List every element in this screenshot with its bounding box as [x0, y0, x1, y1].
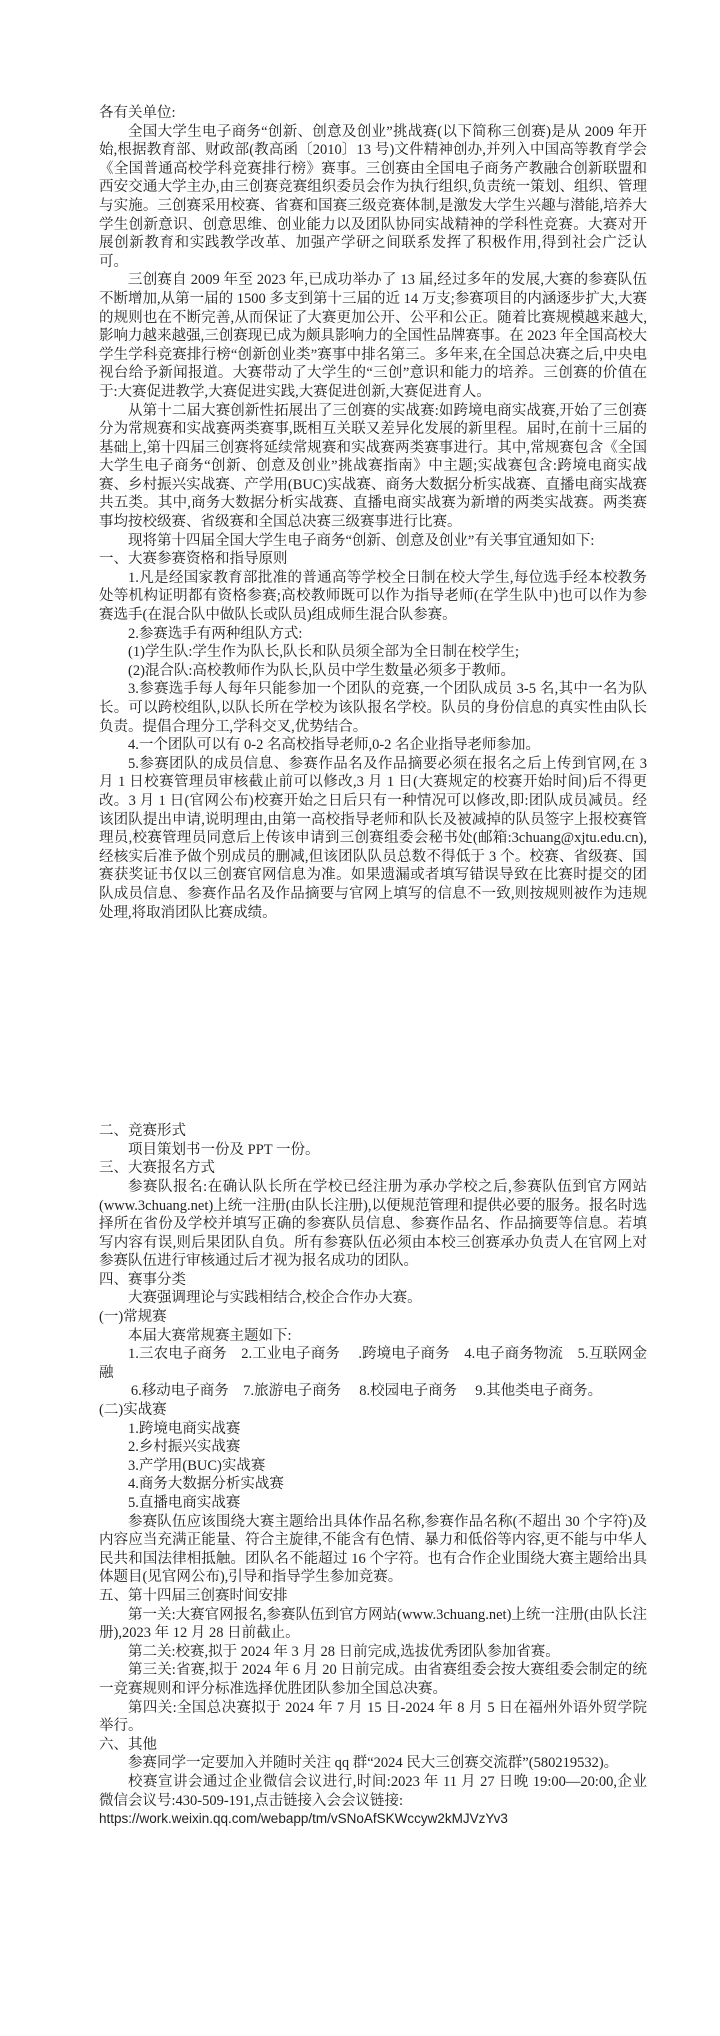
paragraph: 本届大赛常规赛主题如下: — [99, 1327, 647, 1346]
section-heading: 一、大赛参赛资格和指导原则 — [99, 550, 647, 569]
theme-list-line: 1.三农电子商务 2.工业电子商务 .跨境电子商务 4.电子商务物流 5.互联网… — [99, 1345, 647, 1382]
paragraph: 5.参赛团队的成员信息、参赛作品名及作品摘要必须在报名之后上传到官网,在 3 月… — [99, 755, 647, 922]
paragraph: 第二关:校赛,拟于 2024 年 3 月 28 日前完成,选拔优秀团队参加省赛。 — [99, 1643, 647, 1662]
paragraph: 3.参赛选手每人每年只能参加一个团队的竞赛,一个团队成员 3-5 名,其中一名为… — [99, 680, 647, 736]
paragraph: 三创赛自 2009 年至 2023 年,已成功举办了 13 届,经过多年的发展,… — [99, 271, 647, 401]
paragraph: 校赛宣讲会通过企业微信会议进行,时间:2023 年 11 月 27 日晚 19:… — [99, 1773, 647, 1810]
paragraph: 4.商务大数据分析实战赛 — [99, 1475, 647, 1494]
section-heading: (二)实战赛 — [99, 1401, 647, 1420]
paragraph: 第一关:大赛官网报名,参赛队伍到官方网站(www.3chuang.net)上统一… — [99, 1606, 647, 1643]
section-heading: 二、竞赛形式 — [99, 1122, 647, 1141]
paragraph: 第三关:省赛,拟于 2024 年 6 月 20 日前完成。由省赛组委会按大赛组委… — [99, 1661, 647, 1698]
paragraph: 项目策划书一份及 PPT 一份。 — [99, 1141, 647, 1160]
paragraph: 全国大学生电子商务“创新、创意及创业”挑战赛(以下简称三创赛)是从 2009 年… — [99, 123, 647, 272]
paragraph: 各有关单位: — [99, 104, 647, 123]
paragraph: 5.直播电商实战赛 — [99, 1494, 647, 1513]
paragraph: 第四关:全国总决赛拟于 2024 年 7 月 15 日-2024 年 8 月 5… — [99, 1699, 647, 1736]
section-heading: (一)常规赛 — [99, 1308, 647, 1327]
section-heading: 五、第十四届三创赛时间安排 — [99, 1587, 647, 1606]
paragraph: 1.跨境电商实战赛 — [99, 1420, 647, 1439]
paragraph: 4.一个团队可以有 0-2 名高校指导老师,0-2 名企业指导老师参加。 — [99, 736, 647, 755]
paragraph: 1.凡是经国家教育部批准的普通高等学校全日制在校大学生,每位选手经本校教务处等机… — [99, 569, 647, 625]
meeting-link[interactable]: https://work.weixin.qq.com/webapp/tm/vSN… — [99, 1810, 647, 1829]
section-heading: 四、赛事分类 — [99, 1271, 647, 1290]
spacer — [99, 922, 647, 1122]
paragraph: 从第十二届大赛创新性拓展出了三创赛的实战赛:如跨境电商实战赛,开始了三创赛分为常… — [99, 402, 647, 532]
document-body: 各有关单位:全国大学生电子商务“创新、创意及创业”挑战赛(以下简称三创赛)是从 … — [99, 104, 647, 1829]
theme-list-line: 6.移动电子商务 7.旅游电子商务 8.校园电子商务 9.其他类电子商务。 — [99, 1382, 647, 1401]
paragraph: 参赛队报名:在确认队长所在学校已经注册为承办学校之后,参赛队伍到官方网站(www… — [99, 1178, 647, 1271]
paragraph: (2)混合队:高校教师作为队长,队员中学生数量必须多于教师。 — [99, 662, 647, 681]
paragraph: 现将第十四届全国大学生电子商务“创新、创意及创业”有关事宜通知如下: — [99, 532, 647, 551]
paragraph: 参赛队伍应该围绕大赛主题给出具体作品名称,参赛作品名称(不超出 30 个字符)及… — [99, 1513, 647, 1587]
paragraph: 2.参赛选手有两种组队方式: — [99, 625, 647, 644]
paragraph: 3.产学用(BUC)实战赛 — [99, 1457, 647, 1476]
paragraph: 2.乡村振兴实战赛 — [99, 1438, 647, 1457]
page: { "page": { "background": "#ffffff", "te… — [0, 0, 720, 2036]
paragraph: 参赛同学一定要加入并随时关注 qq 群“2024 民大三创赛交流群”(58021… — [99, 1754, 647, 1773]
section-heading: 三、大赛报名方式 — [99, 1159, 647, 1178]
paragraph: 大赛强调理论与实践相结合,校企合作办大赛。 — [99, 1289, 647, 1308]
paragraph: (1)学生队:学生作为队长,队长和队员须全部为全日制在校学生; — [99, 643, 647, 662]
section-heading: 六、其他 — [99, 1736, 647, 1755]
